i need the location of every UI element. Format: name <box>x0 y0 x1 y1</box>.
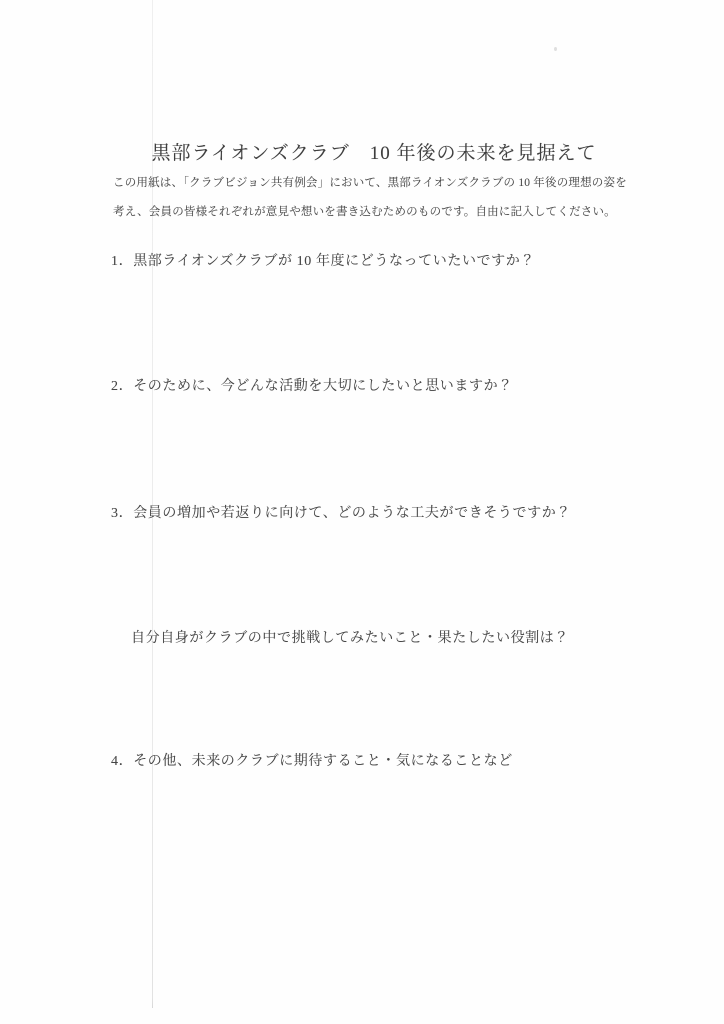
intro-line-1: この用紙は、「クラブビジョン共有例会」において、黒部ライオンズクラブの 10 年… <box>113 169 629 198</box>
question-3: 3．会員の増加や若返りに向けて、どのような工夫ができそうですか？ <box>111 504 571 524</box>
scanned-questionnaire-page: 黒部ライオンズクラブ 10 年後の未来を見据えて この用紙は、「クラブビジョン共… <box>0 0 724 1024</box>
question-4: 4．その他、未来のクラブに期待すること・気になることなど <box>111 752 513 772</box>
intro-line-2: 考え、会員の皆様それぞれが意見や想いを書き込むためのものです。自由に記入してくだ… <box>113 198 629 227</box>
intro-paragraph: この用紙は、「クラブビジョン共有例会」において、黒部ライオンズクラブの 10 年… <box>113 169 629 227</box>
sub-question-personal-role: 自分自身がクラブの中で挑戦してみたいこと・果たしたい役割は？ <box>131 629 569 649</box>
scan-speck <box>554 47 557 51</box>
question-1: 1．黒部ライオンズクラブが 10 年度にどうなっていたいですか？ <box>111 252 535 272</box>
page-title: 黒部ライオンズクラブ 10 年後の未来を見据えて <box>24 138 724 165</box>
question-2: 2．そのために、今どんな活動を大切にしたいと思いますか？ <box>111 377 513 397</box>
